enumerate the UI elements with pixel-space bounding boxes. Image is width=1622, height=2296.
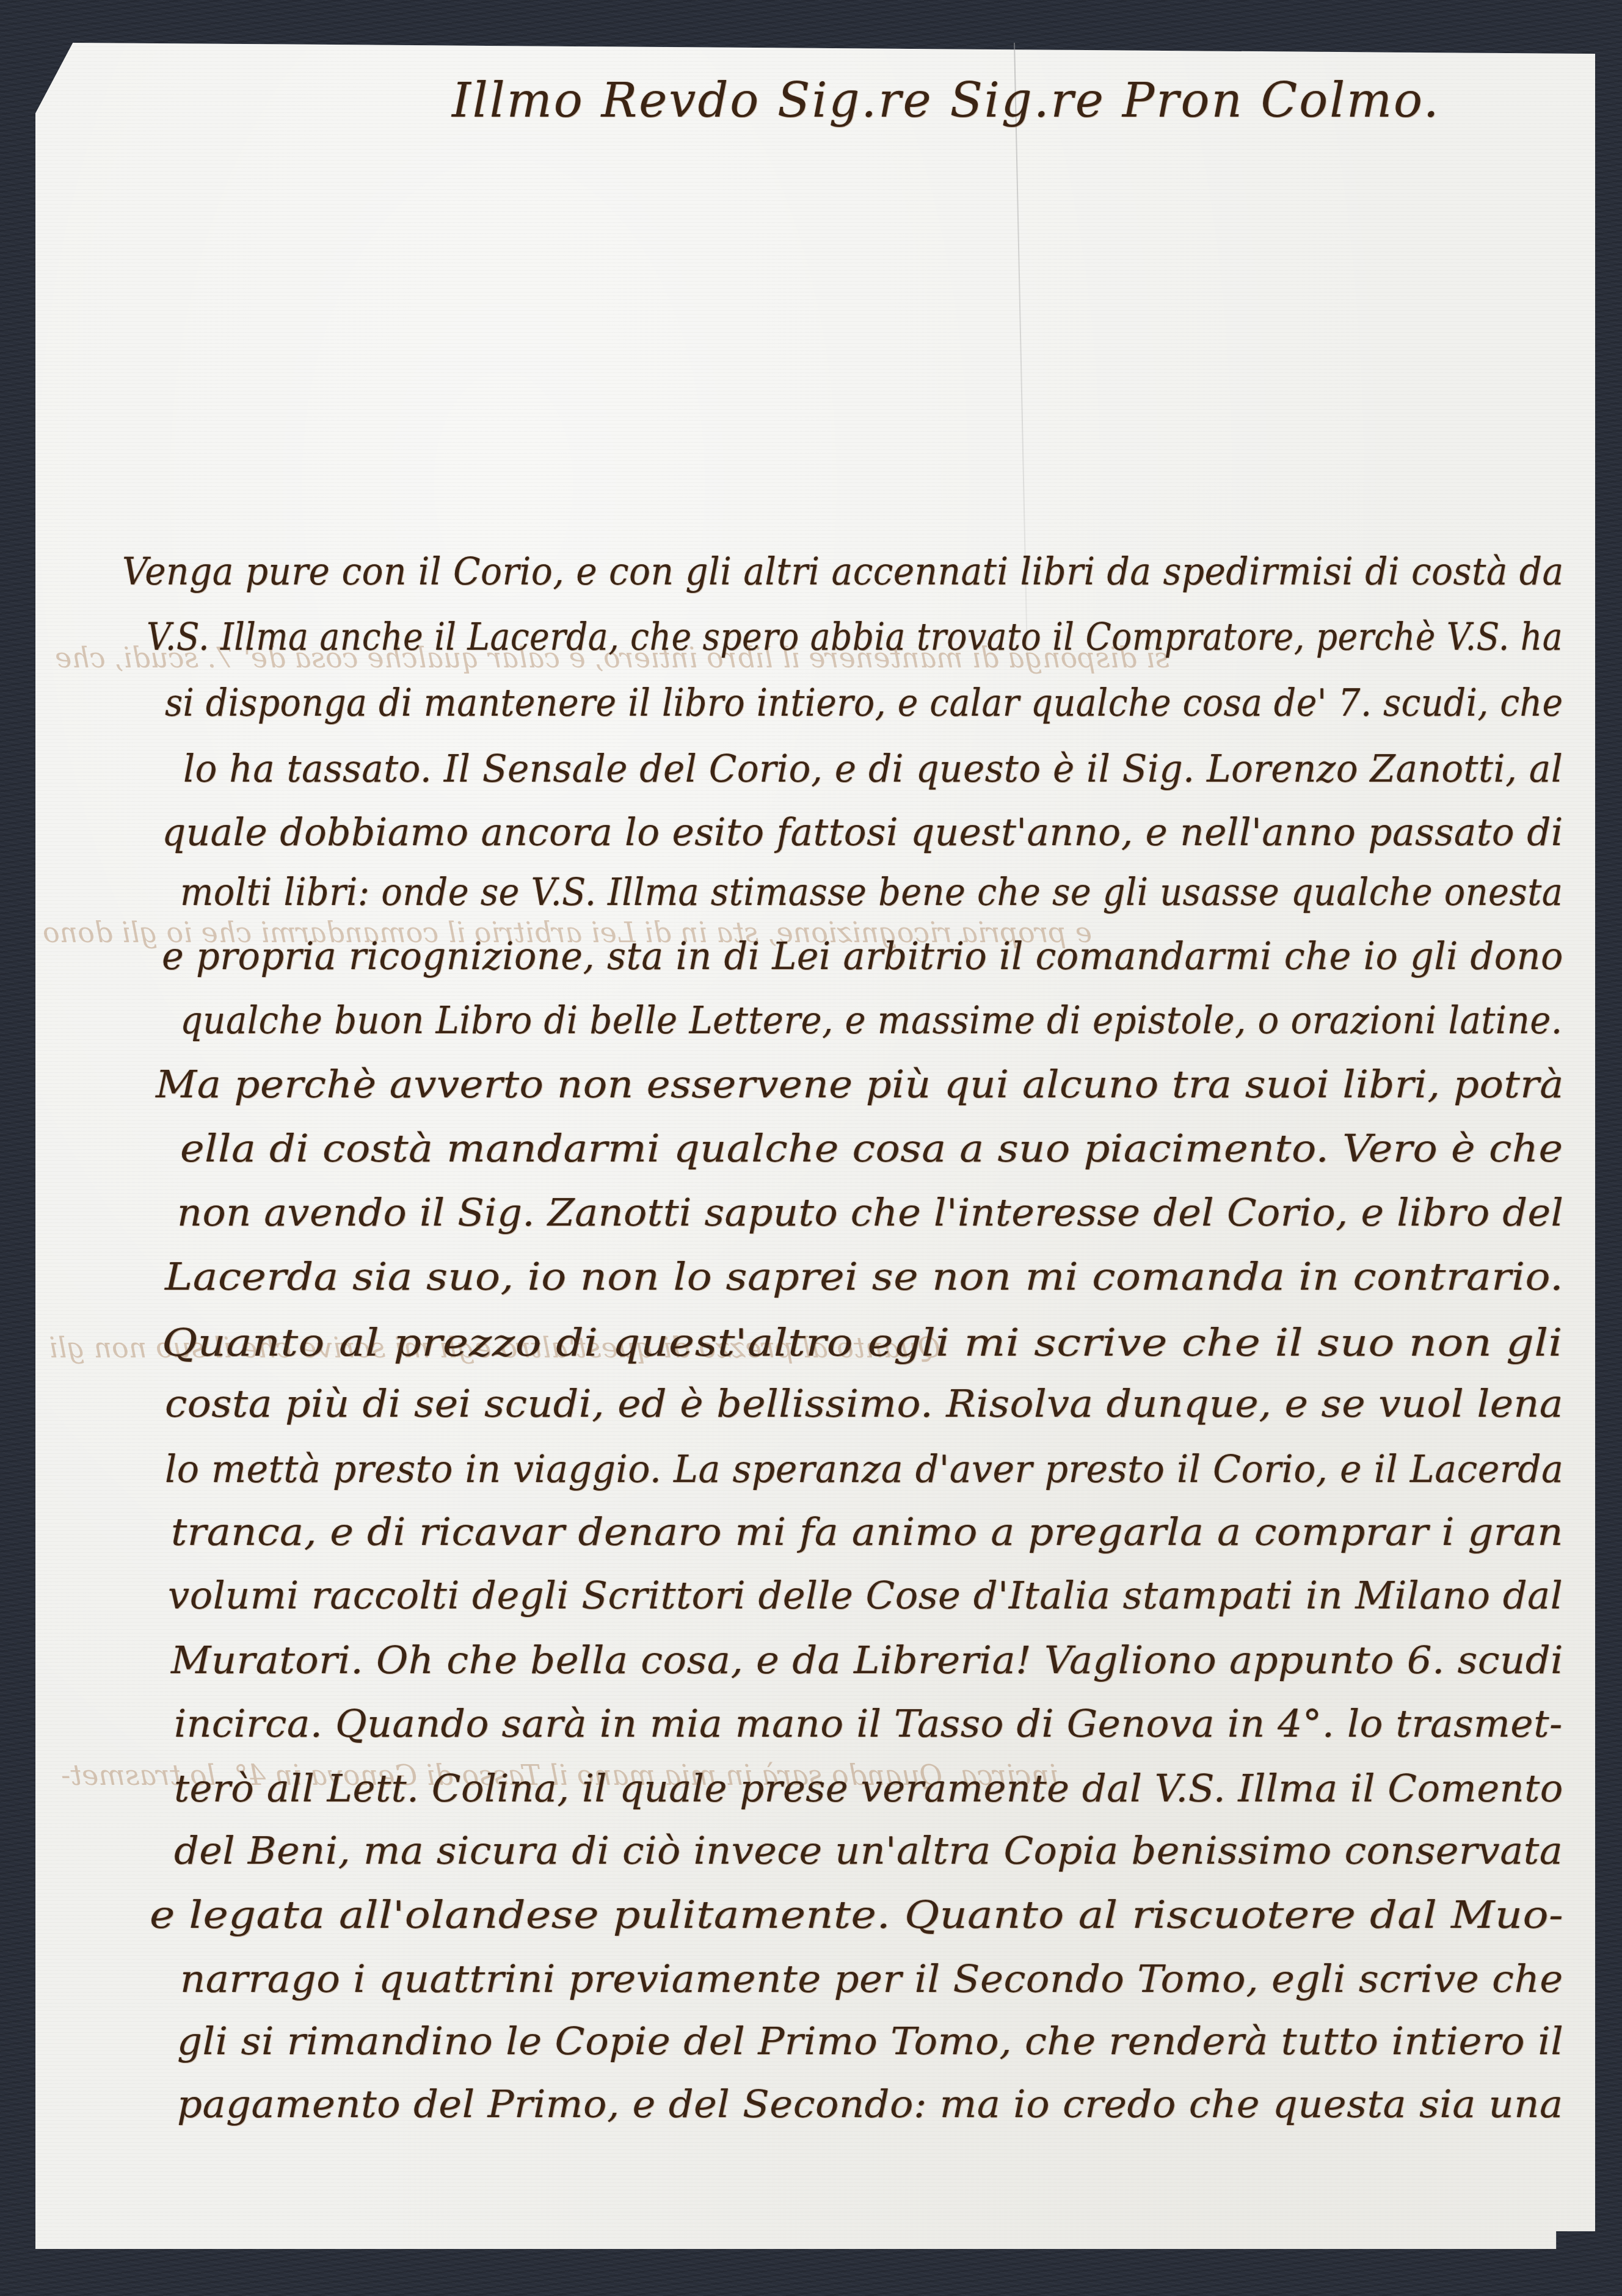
body-line: ella di costà mandarmi qualche cosa a su… bbox=[180, 1130, 1563, 1168]
body-line: pagamento del Primo, e del Secondo: ma i… bbox=[177, 2085, 1563, 2123]
body-line: Muratori. Oh che bella cosa, e da Librer… bbox=[171, 1641, 1563, 1679]
body-line: molti libri: onde se V.S. Illma stimasse… bbox=[180, 873, 1563, 911]
body-line: V.S. Illma anche il Lacerda, che spero a… bbox=[147, 618, 1563, 656]
body-line: tranca, e di ricavar denaro mi fa animo … bbox=[171, 1513, 1563, 1551]
body-line: gli si rimandino le Copie del Primo Tomo… bbox=[177, 2022, 1563, 2060]
body-line: terò all Lett. Colina, il quale prese ve… bbox=[174, 1770, 1563, 1807]
body-line: del Beni, ma sicura di ciò invece un'alt… bbox=[174, 1832, 1563, 1870]
body-line: volumi raccolti degli Scrittori delle Co… bbox=[168, 1577, 1563, 1615]
body-line: Ma perchè avverto non esservene più qui … bbox=[156, 1066, 1564, 1103]
body-line: narrago i quattrini previamente per il S… bbox=[180, 1960, 1563, 1998]
letter-body: Venga pure con il Corio, e con gli altri… bbox=[0, 0, 1622, 2296]
body-line: Quanto al prezzo di quest'altro egli mi … bbox=[162, 1324, 1563, 1362]
body-line: qualche buon Libro di belle Lettere, e m… bbox=[180, 1001, 1563, 1039]
body-line: quale dobbiamo ancora lo esito fattosi q… bbox=[162, 813, 1563, 851]
body-line: incirca. Quando sarà in mia mano il Tass… bbox=[174, 1705, 1563, 1743]
body-line: e legata all'olandese pulitamente. Quant… bbox=[150, 1896, 1563, 1934]
body-line: e propria ricognizione, sta in di Lei ar… bbox=[162, 937, 1563, 975]
body-line: si disponga di mantenere il libro intier… bbox=[165, 684, 1563, 722]
body-line: lo mettà presto in viaggio. La speranza … bbox=[165, 1450, 1563, 1488]
body-line: Lacerda sia suo, io non lo saprei se non… bbox=[165, 1258, 1563, 1296]
body-line: costa più di sei scudi, ed è bellissimo.… bbox=[165, 1385, 1563, 1423]
body-line: non avendo il Sig. Zanotti saputo che l'… bbox=[177, 1194, 1563, 1232]
body-line: lo ha tassato. Il Sensale del Corio, e d… bbox=[183, 750, 1563, 788]
body-line: Venga pure con il Corio, e con gli altri… bbox=[122, 553, 1564, 590]
